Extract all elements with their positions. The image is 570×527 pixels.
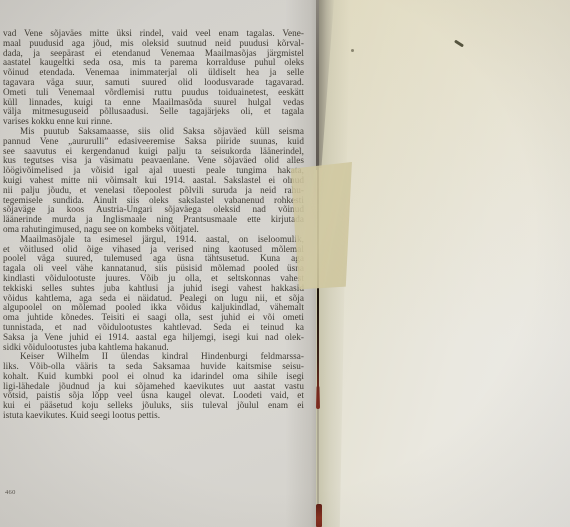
paragraph: vad Vene sõjaväes mitte üksi rindel, vai… [3,29,304,127]
crease-red-mark-bottom [316,504,322,527]
paragraph: Keiser Wilhelm II ülendas kindral Hinden… [3,352,304,421]
text-line: võinud etendada. Venemaa inimmaterjal ol… [3,68,304,78]
text-line: löögivõimelised ja võisid igal ajal uues… [3,166,304,176]
text-line: tunnistada, et nad võidulootustes kahtle… [3,323,304,333]
text-line: tekkiski selles suhtes juba kahtlusi ja … [3,284,304,294]
text-line: vad Vene sõjaväes mitte üksi rindel, vai… [3,29,304,39]
text-line: nii palju jõudu, et venelasi tõepoolest … [3,186,304,196]
tape-repair-strip [288,158,356,292]
text-line: kuigi vahest mitte nii võimsalt kui 1914… [3,176,304,186]
text-line: küll linnades, kuigi ta enne Maailmasõda… [3,98,304,108]
text-line: kohalt. Kuid kumbki pool ei olnud ka ida… [3,372,304,382]
text-line: Mis puutub Saksamaasse, siis olid Saksa … [3,127,304,137]
text-line: tagavara väga suur, samuti suured olid l… [3,78,304,88]
text-line: sõjaväge ja koos Austria-Ungari sõjaväeg… [3,205,304,215]
paragraph: Maailmasõjale ta esimesel järgul, 1914. … [3,235,304,353]
text-line: liks. Võib-olla vääris ta seda Saksamaa … [3,362,304,372]
scanned-book-spread: vad Vene sõjaväes mitte üksi rindel, vai… [0,0,570,527]
paper-speck-small [351,49,354,52]
text-line: võidus kahtlema, aga seda ei näidatud. P… [3,294,304,304]
text-line: sidki võidulootustes juba kahtlema hakan… [3,343,304,353]
text-line: aastatel kaugeltki seda osa, mis ta pare… [3,58,304,68]
text-line: kui ei pääsetud koju selleks jõuluks, si… [3,401,304,411]
text-line: Ometi tuli Venemaal võrdlemisi ruttu puu… [3,88,304,98]
text-line: maal puudusid aga jõud, mis oleksid suut… [3,39,304,49]
binding-crease-faint [317,404,319,506]
right-blank-page [316,0,570,527]
text-line: võtsid, paistis sõja lõpp veel üsna kaug… [3,391,304,401]
paragraph: Mis puutub Saksamaasse, siis olid Saksa … [3,127,304,235]
text-line: algupoolel on mõlemad pooled ikka võidus… [3,303,304,313]
crease-red-mark-top [316,386,320,409]
text-line: läänerinde murda ja Inglismaale ning Pra… [3,215,304,225]
text-line: pannud Vene „aururulli” edasiveeremise S… [3,137,304,147]
text-line: oma rahutingimused, nagu see on kombeks … [3,225,304,235]
text-line: et võitlused olid õige vihased ja verise… [3,245,304,255]
binding-crease-top [316,0,319,170]
text-line: kus tegutses visa ja väsimatu peavaenlan… [3,156,304,166]
page-number: 460 [5,489,16,496]
text-line: Maailmasõjale ta esimesel järgul, 1914. … [3,235,304,245]
left-page: vad Vene sõjaväes mitte üksi rindel, vai… [0,0,317,527]
text-line: varises kokku enne kui rinne. [3,117,304,127]
text-column: vad Vene sõjaväes mitte üksi rindel, vai… [3,29,304,421]
text-line: Saksa ja Vene juhid ei 1914. aastal ega … [3,333,304,343]
text-line: välja mitmesuguseid põllusaadusi. Selle … [3,107,304,117]
text-line: oma juhtide kõnedes. Teisiti ei saagi ol… [3,313,304,323]
text-line: ligi-lähedale jõudnud ja kui sõjamehed k… [3,382,304,392]
text-line: dada, ja seepärast ei etendanud Venemaa … [3,49,304,59]
text-line: kindlasti võidulootuste juures. Võib ju … [3,274,304,284]
text-line: tegemisele sundida. Ainult siis oleks sa… [3,196,304,206]
text-line: see saavutus ei kergendanud kuigi palju … [3,147,304,157]
text-line: Keiser Wilhelm II ülendas kindral Hinden… [3,352,304,362]
text-line: poolel väga suured, tulemused aga üsna t… [3,254,304,264]
text-line: istuta kaevikutes. Kuid seegi lootus pet… [3,411,304,421]
text-line: tagala oli veel vähe kannatanud, siis pü… [3,264,304,274]
